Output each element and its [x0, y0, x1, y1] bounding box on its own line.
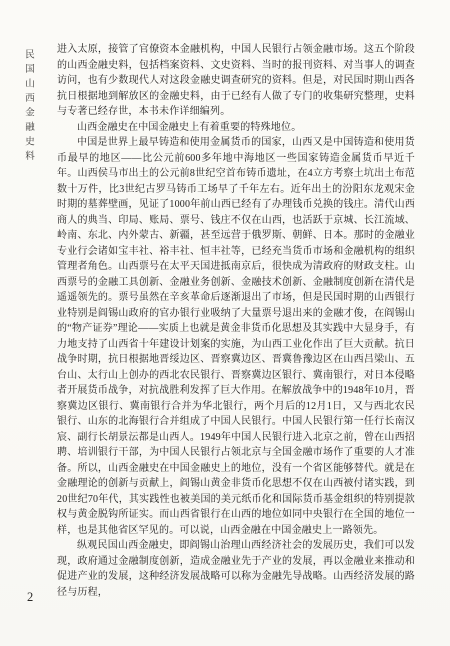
- page-number: 2: [27, 590, 33, 605]
- spine-title: 民国山西金融史料: [21, 49, 35, 165]
- paragraph-continuation: 进入太原，接管了官僚资本金融机构，中国人民银行占领金融市场。这五个阶段的山西金融…: [57, 42, 415, 120]
- paragraph-special-status: 山西金融史在中国金融史上有着重要的特殊地位。: [57, 120, 415, 136]
- book-page: 民国山西金融史料 进入太原，接管了官僚资本金融机构，中国人民银行占领金融市场。这…: [0, 0, 450, 646]
- paragraph-history-overview: 中国是世界上最早铸造和使用金属货币的国家，山西又是中国铸造和使用货币最早的地区—…: [57, 135, 415, 538]
- paragraph-conclusion: 纵观民国山西金融史，即阎锡山治理山西经济社会的发展历史，我们可以发现，政府通过金…: [57, 538, 415, 600]
- page-text-block: 进入太原，接管了官僚资本金融机构，中国人民银行占领金融市场。这五个阶段的山西金融…: [57, 42, 415, 600]
